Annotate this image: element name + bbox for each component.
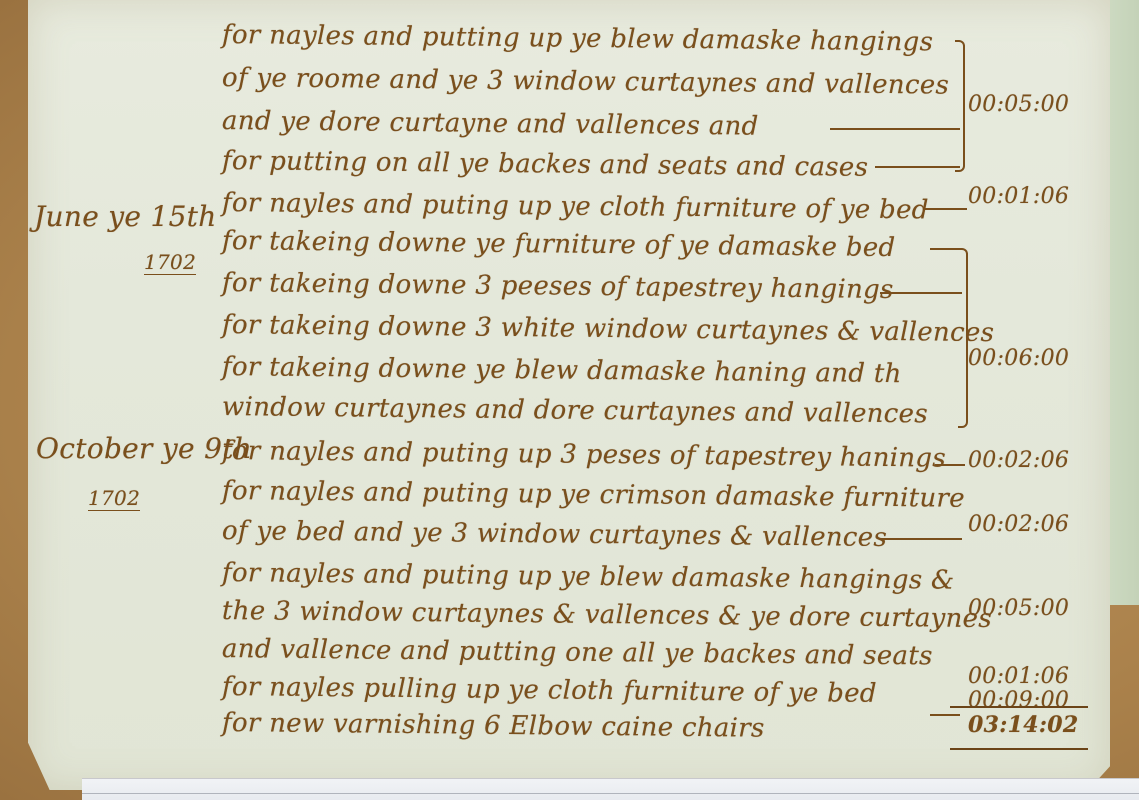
amount: 00:02:06 (968, 448, 1069, 473)
bottom-paper-strip (82, 778, 1139, 800)
ledger-line: and ye dore curtayne and vallences and (222, 106, 759, 142)
connector-dash (830, 128, 960, 130)
margin-year-june: 1702 (144, 250, 196, 275)
connector-dash (880, 292, 962, 294)
amount: 00:02:06 (968, 512, 1069, 537)
total-underline (950, 748, 1088, 750)
margin-date-october: October ye 9th (36, 432, 252, 465)
connector-dash (880, 538, 962, 540)
amount: 00:01:06 (968, 664, 1069, 689)
margin-year-october: 1702 (88, 486, 140, 511)
amount: 00:05:00 (968, 596, 1069, 621)
connector-dash (935, 464, 965, 466)
total-amount: 03:14:02 (968, 712, 1079, 738)
bracket (955, 40, 965, 172)
sum-rule (950, 706, 1088, 708)
bracket (958, 248, 968, 428)
ledger-line: for new varnishing 6 Elbow caine chairs (222, 708, 765, 744)
amount: 00:01:06 (968, 184, 1069, 209)
amount: 00:05:00 (968, 92, 1069, 117)
amount: 00:06:00 (968, 346, 1069, 371)
amount: 00:09:00 (968, 688, 1069, 713)
connector-dash (930, 248, 962, 250)
margin-date-june: June ye 15th (34, 200, 217, 233)
connector-dash (875, 166, 960, 168)
connector-dash (930, 714, 960, 716)
connector-dash (925, 208, 967, 210)
